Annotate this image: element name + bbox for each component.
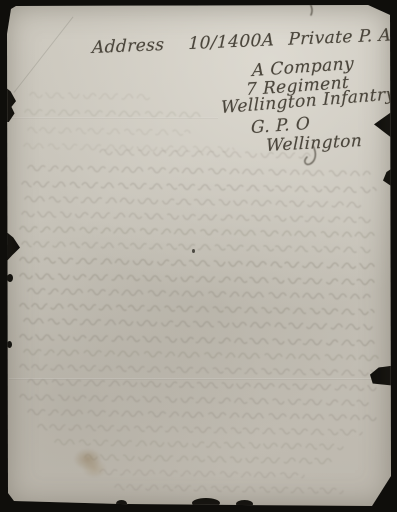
edge-damage-blob (7, 341, 12, 348)
edge-damage-blob (236, 500, 253, 508)
edge-damage-blob (116, 500, 127, 507)
service-number: 10/1400A (188, 30, 275, 54)
paper-stain (68, 444, 112, 482)
scanned-letter-photo: Address10/1400APrivate P. Argyle A Compa… (0, 0, 397, 512)
edge-damage-blob (7, 274, 13, 282)
address-label: Address (92, 35, 165, 58)
letter-page: Address10/1400APrivate P. Argyle A Compa… (0, 0, 397, 512)
edge-damage-blob (192, 498, 220, 508)
ink-speck (192, 249, 195, 253)
